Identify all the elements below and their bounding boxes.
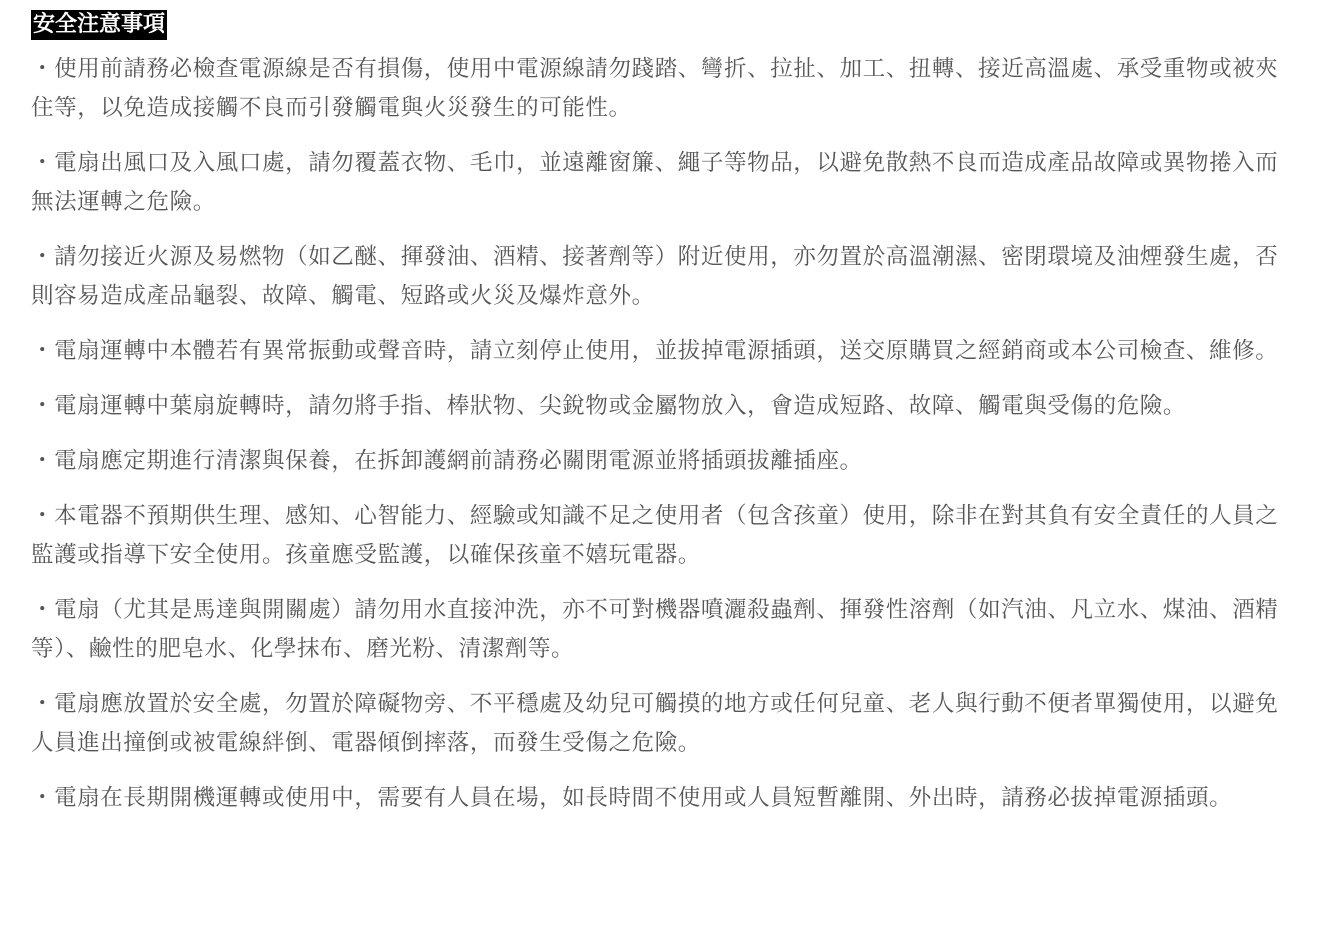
safety-item: ・請勿接近火源及易燃物（如乙醚、揮發油、酒精、接著劑等）附近使用，亦勿置於高溫潮… xyxy=(31,238,1281,316)
safety-items-list: ・使用前請務必檢查電源線是否有損傷，使用中電源線請勿踐踏、彎折、拉扯、加工、扭轉… xyxy=(31,50,1281,818)
safety-notice-document: 安全注意事項 ・使用前請務必檢查電源線是否有損傷，使用中電源線請勿踐踏、彎折、拉… xyxy=(0,0,1281,818)
safety-item: ・電扇應定期進行清潔與保養，在拆卸護網前請務必關閉電源並將插頭拔離插座。 xyxy=(31,442,1281,481)
safety-item: ・本電器不預期供生理、感知、心智能力、經驗或知識不足之使用者（包含孩童）使用，除… xyxy=(31,497,1281,575)
safety-item: ・使用前請務必檢查電源線是否有損傷，使用中電源線請勿踐踏、彎折、拉扯、加工、扭轉… xyxy=(31,50,1281,128)
safety-item: ・電扇運轉中本體若有異常振動或聲音時，請立刻停止使用，並拔掉電源插頭，送交原購買… xyxy=(31,332,1281,371)
safety-item: ・電扇應放置於安全處，勿置於障礙物旁、不平穩處及幼兒可觸摸的地方或任何兒童、老人… xyxy=(31,685,1281,763)
section-heading: 安全注意事項 xyxy=(31,10,167,40)
safety-item: ・電扇（尤其是馬達與開關處）請勿用水直接沖洗，亦不可對機器噴灑殺蟲劑、揮發性溶劑… xyxy=(31,591,1281,669)
safety-item: ・電扇在長期開機運轉或使用中，需要有人員在場，如長時間不使用或人員短暫離開、外出… xyxy=(31,779,1281,818)
safety-item: ・電扇出風口及入風口處，請勿覆蓋衣物、毛巾，並遠離窗簾、繩子等物品，以避免散熱不… xyxy=(31,144,1281,222)
safety-item: ・電扇運轉中葉扇旋轉時，請勿將手指、棒狀物、尖銳物或金屬物放入，會造成短路、故障… xyxy=(31,387,1281,426)
